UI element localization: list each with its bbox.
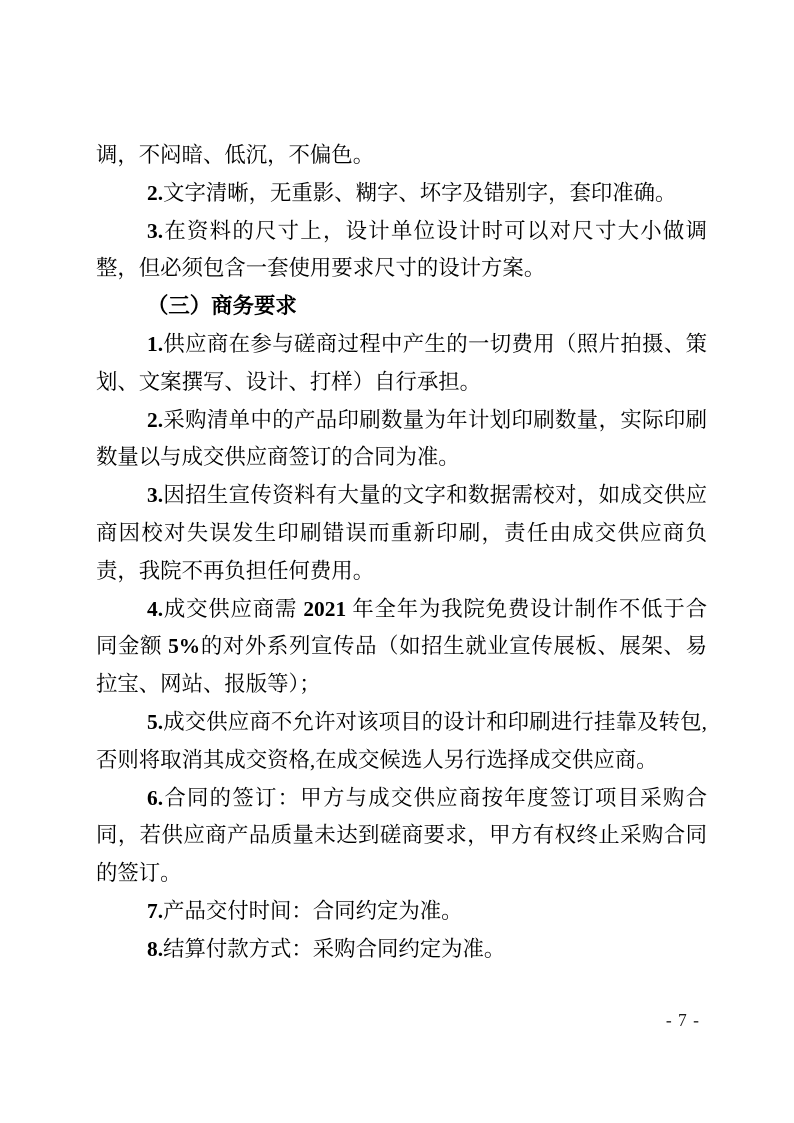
text-run: 合同的签订：甲方与成交供应商按年度签订项目采购合同，若供应商产品质量未达到磋商要… [96,786,707,886]
paragraph: 6.合同的签订：甲方与成交供应商按年度签订项目采购合同，若供应商产品质量未达到磋… [96,780,707,893]
text-run: 在资料的尺寸上，设计单位设计时可以对尺寸大小做调整，但必须包含一套使用要求尺寸的… [96,219,707,281]
paragraph: 4.成交供应商需 2021 年全年为我院免费设计制作不低于合同金额 5%的对外系… [96,591,707,704]
paragraph: 1.供应商在参与磋商过程中产生的一切费用（照片拍摄、策划、文案撰写、设计、打样）… [96,326,707,402]
text-run: 7. [147,899,163,923]
text-run: 结算付款方式：采购合同约定为准。 [163,937,505,961]
page-number: - 7 - [666,1008,700,1032]
paragraph: 7.产品交付时间：合同约定为准。 [96,893,707,931]
paragraph: 3.因招生宣传资料有大量的文字和数据需校对，如成交供应商因校对失误发生印刷错误而… [96,477,707,590]
document-body: 调，不闷暗、低沉，不偏色。2.文字清晰，无重影、糊字、坏字及错别字，套印准确。3… [96,137,707,969]
text-run: 调，不闷暗、低沉，不偏色。 [96,143,374,167]
text-run: 3. [147,483,163,507]
text-run: 8. [147,937,163,961]
text-run: 因招生宣传资料有大量的文字和数据需校对，如成交供应商因校对失误发生印刷错误而重新… [96,483,707,583]
text-run: 5. [147,710,163,734]
document-page: 调，不闷暗、低沉，不偏色。2.文字清晰，无重影、糊字、坏字及错别字，套印准确。3… [0,0,794,1123]
paragraph: 8.结算付款方式：采购合同约定为准。 [96,931,707,969]
paragraph: 2.文字清晰，无重影、糊字、坏字及错别字，套印准确。 [96,175,707,213]
text-run: 4. [147,597,163,621]
text-run: 3. [147,219,163,243]
section-heading: （三）商务要求 [96,288,707,326]
text-run: 2. [147,181,163,205]
text-run: 文字清晰，无重影、糊字、坏字及错别字，套印准确。 [163,181,676,205]
text-run: 2. [147,408,163,432]
text-run: 成交供应商不允许对该项目的设计和印刷进行挂靠及转包,否则将取消其成交资格,在成交… [96,710,707,772]
text-run: 6. [147,786,163,810]
paragraph: 调，不闷暗、低沉，不偏色。 [96,137,707,175]
text-run: （三）商务要求 [147,294,297,318]
text-run: 采购清单中的产品印刷数量为年计划印刷数量，实际印刷数量以与成交供应商签订的合同为… [96,408,707,470]
text-run: 成交供应商需 [163,597,303,621]
text-run: 供应商在参与磋商过程中产生的一切费用（照片拍摄、策划、文案撰写、设计、打样）自行… [96,332,707,394]
paragraph: 5.成交供应商不允许对该项目的设计和印刷进行挂靠及转包,否则将取消其成交资格,在… [96,704,707,780]
text-run: 5% [168,634,200,658]
text-run: 2021 [303,597,346,621]
text-run: 1. [147,332,163,356]
paragraph: 3.在资料的尺寸上，设计单位设计时可以对尺寸大小做调整，但必须包含一套使用要求尺… [96,213,707,289]
paragraph: 2.采购清单中的产品印刷数量为年计划印刷数量，实际印刷数量以与成交供应商签订的合… [96,402,707,478]
text-run: 产品交付时间：合同约定为准。 [163,899,462,923]
